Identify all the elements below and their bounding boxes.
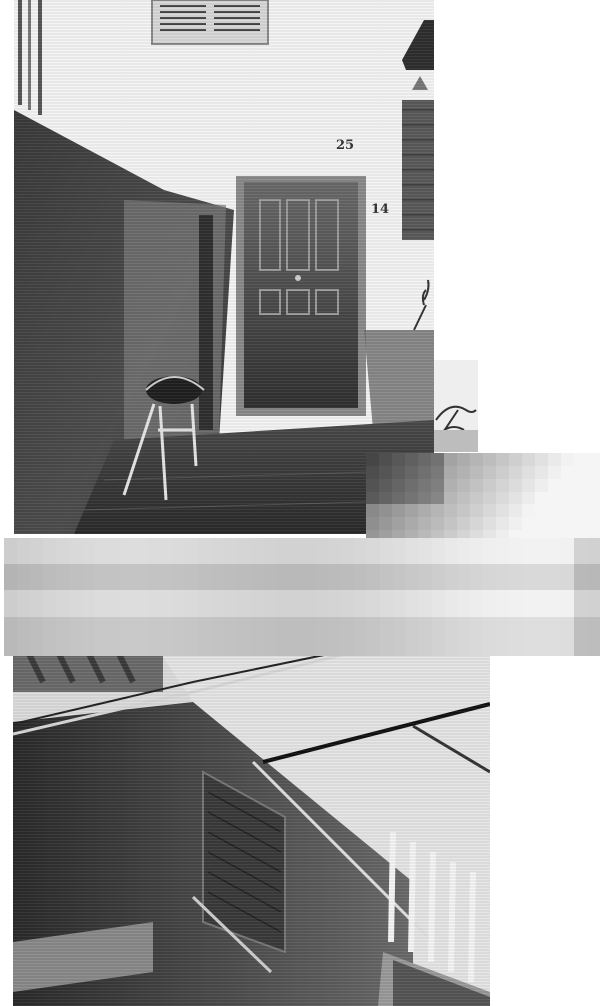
house-number-door: 14: [371, 202, 389, 217]
pixelated-redaction: [366, 453, 600, 543]
plant-strip-image: [434, 360, 478, 452]
photo-facade-balcony: [13, 642, 490, 1006]
redaction-block-small: [366, 453, 600, 543]
facade-photo-image: [13, 642, 490, 1006]
house-number-upper: 25: [336, 138, 354, 153]
redaction-block-wide: [4, 538, 600, 656]
photo-courtyard-plant-strip: [434, 360, 478, 452]
pixelated-redaction: [4, 538, 600, 656]
